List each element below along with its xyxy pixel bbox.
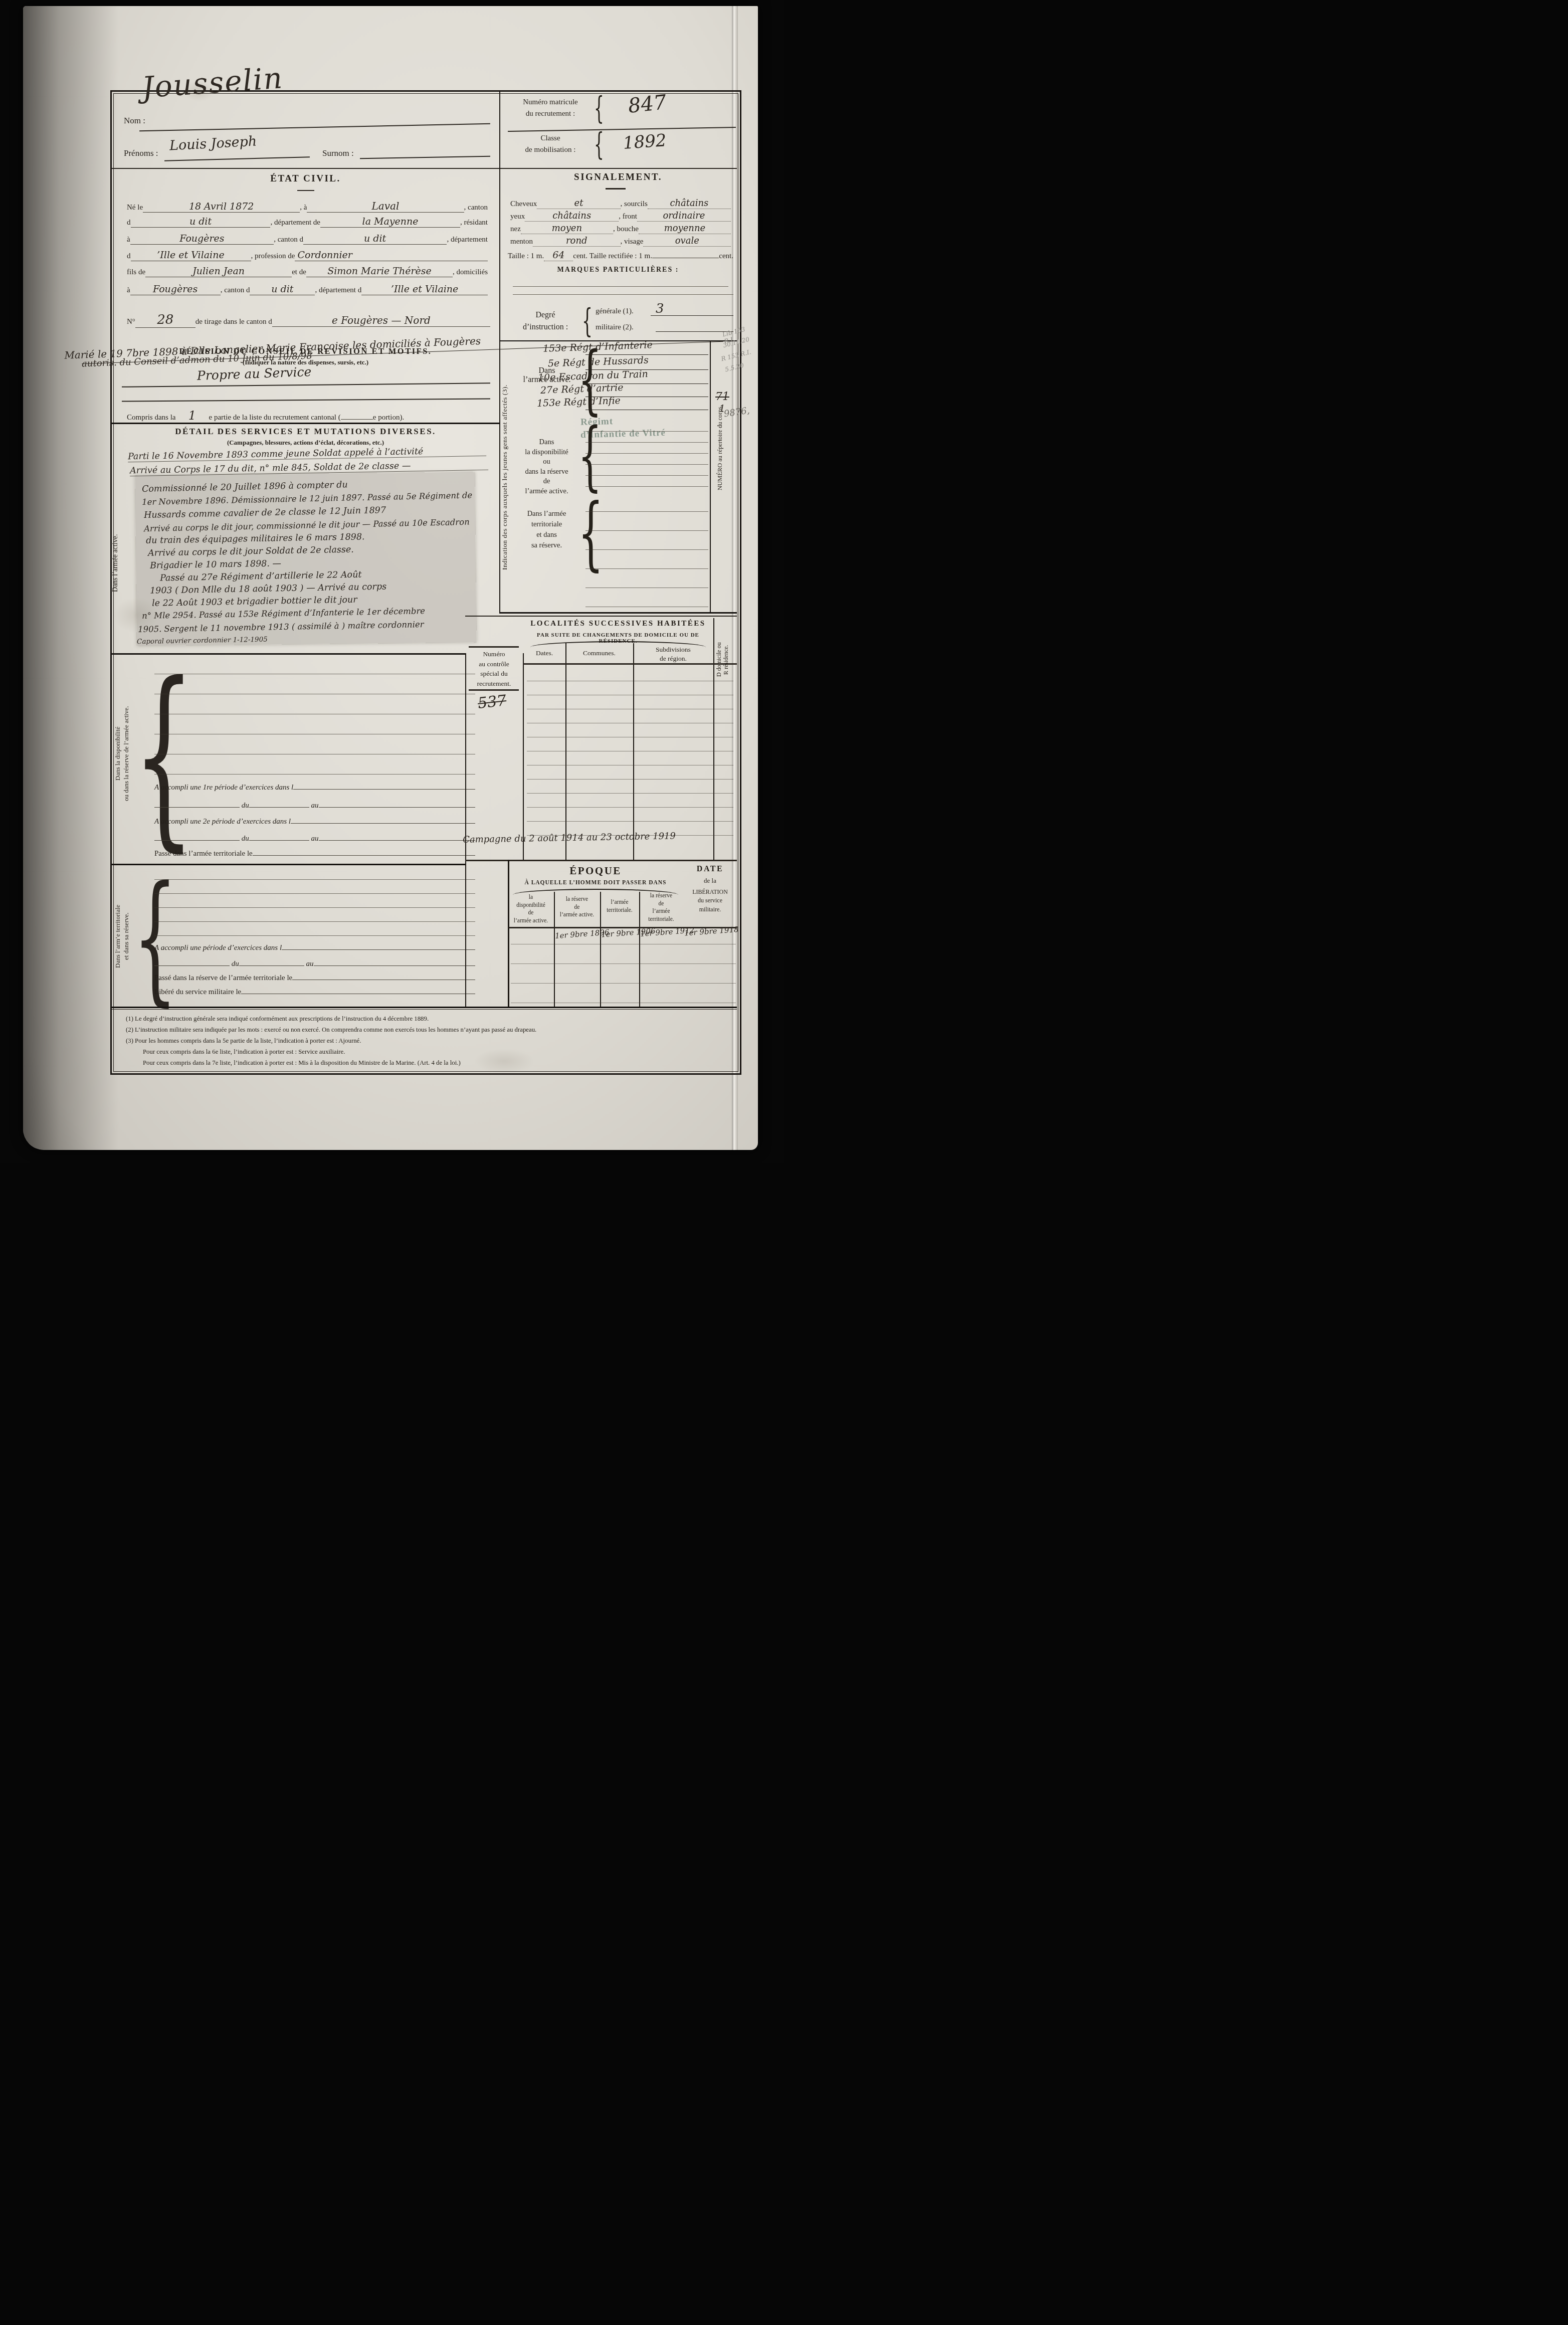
date-title: DATE — [683, 865, 737, 874]
liste-label3: e portion). — [373, 414, 404, 422]
nom-label: Nom : — [124, 116, 145, 126]
armee-active-side-label: Dans l’armée active. — [112, 513, 125, 613]
canton2-value: u dit — [303, 233, 447, 245]
periode1-label: A accompli une 1re période d’exercices d… — [154, 784, 293, 792]
binding-shadow — [23, 6, 118, 1150]
blank — [292, 980, 475, 980]
matricule-value: 847 — [627, 91, 668, 118]
profession-value: Cordonnier — [295, 250, 488, 261]
blank — [293, 789, 475, 790]
blank — [282, 949, 475, 950]
epoque-title: ÉPOQUE — [508, 865, 683, 877]
sourcils-value: châtains — [648, 198, 731, 209]
repertoire-crossed: 71 — [715, 391, 729, 403]
blank — [291, 823, 475, 824]
canton-value: u dit — [131, 216, 271, 228]
localites-title: LOCALITÉS SUCCESSIVES HABITÉES — [523, 620, 713, 628]
label: Taille rectifiée : 1 m. — [590, 252, 652, 261]
date-liberation: LIBÉRATION du service militaire. — [683, 888, 737, 914]
dispo-label: Dans la disponibilité ou dans la réserve… — [510, 438, 583, 496]
table-row-lines — [511, 925, 736, 1005]
yeux-value: châtains — [525, 211, 619, 222]
taille-rectifiee-blank — [652, 258, 719, 258]
departement2-value: ’Ille et Vilaine — [131, 250, 251, 261]
degre-label-1: Degré — [535, 311, 555, 319]
corps-entry: 153e Régt d’Infie — [537, 395, 621, 409]
canton3-value: u dit — [250, 284, 315, 295]
au-label: au — [311, 835, 319, 843]
militaire-label: militaire (2). — [596, 323, 634, 332]
label: d — [127, 252, 131, 261]
matricule-form: Nom : Jousselin Prénoms : Louis Joseph S… — [110, 90, 741, 1075]
epoque-col4: la réserve de l’armée territoriale. — [640, 892, 682, 923]
scanned-register-page: Nom : Jousselin Prénoms : Louis Joseph S… — [0, 0, 784, 1162]
classe-value: 1892 — [623, 130, 667, 153]
du-label: du — [232, 960, 239, 968]
terr-side-label: Dans l’arm’e territoriale et dans sa rés… — [114, 871, 131, 1002]
blank — [249, 807, 309, 808]
controle-label: Numéro au contrôle spécial du recrutemen… — [465, 649, 523, 688]
du-label: du — [242, 802, 249, 810]
label: , canton — [464, 204, 488, 212]
surnom-label: Surnom : — [322, 148, 354, 158]
label: Cheveux — [510, 200, 537, 209]
mother-name: Simon Marie Thérèse — [306, 266, 453, 277]
corps-entry: 27e Régt d’artrie — [540, 382, 624, 396]
brace-decoration: { — [594, 93, 604, 124]
label: , canton d — [274, 236, 303, 244]
libere-label: Libéré du service militaire le — [154, 988, 241, 997]
label: menton — [510, 238, 533, 246]
father-name: Julien Jean — [145, 266, 292, 277]
decision-title: DÉCISION DU CONSEIL DE REVISION ET MOTIF… — [112, 346, 499, 356]
epoque-subtitle: À LAQUELLE L’HOMME DOIT PASSER DANS — [508, 880, 683, 886]
decision-value: Propre au Service — [197, 364, 312, 383]
etat-civil-title: ÉTAT CIVIL. — [112, 173, 499, 184]
book-page: Nom : Jousselin Prénoms : Louis Joseph S… — [23, 6, 758, 1150]
label: , résidant — [460, 219, 488, 227]
nom-value: Jousselin — [141, 61, 284, 104]
departement-value: la Mayenne — [320, 216, 460, 228]
prenoms-value: Louis Joseph — [169, 133, 257, 153]
nez-value: moyen — [521, 223, 613, 234]
label: nez — [510, 225, 521, 234]
au-label: au — [311, 802, 319, 810]
label: , front — [619, 213, 637, 221]
blank — [319, 840, 476, 841]
blank — [319, 807, 476, 808]
epoque-col3: l’armée territoriale. — [601, 899, 638, 914]
blank — [154, 840, 240, 841]
corps-entry: 5e Régt de Hussards — [548, 355, 649, 369]
blank — [249, 840, 309, 841]
prenoms-label: Prénoms : — [124, 148, 158, 158]
label: , bouche — [613, 225, 639, 234]
label: d — [127, 219, 131, 227]
footnote-3: (3) Pour les hommes compris dans la 5e p… — [126, 1037, 722, 1045]
label: , sourcils — [621, 200, 648, 209]
domicile-value: Fougères — [130, 284, 221, 295]
epoque-col1: la disponibilité de l’armée active. — [509, 894, 553, 925]
label: , domiciliés — [453, 268, 488, 277]
table-row-lines — [527, 667, 733, 838]
cheveux-value: et — [537, 198, 620, 209]
birth-date: 18 Avril 1872 — [143, 201, 300, 213]
epoque-col2: la réserve de l’armée active. — [555, 896, 599, 919]
label: Né le — [127, 204, 143, 212]
label: et de — [292, 268, 306, 277]
tirage-no-label: N° — [127, 318, 135, 326]
campagne-note: Campagne du 2 août 1914 au 23 octobre 19… — [463, 831, 676, 845]
label: à — [127, 236, 130, 244]
front-value: ordinaire — [637, 211, 731, 222]
generale-value: 3 — [656, 301, 664, 316]
footnote-5: Pour ceux compris dans la 7e liste, l’in… — [143, 1059, 724, 1067]
blank — [154, 807, 240, 808]
label: fils de — [127, 268, 145, 277]
menton-value: rond — [533, 236, 621, 247]
brace-decoration: { — [582, 304, 593, 337]
label: , département de — [270, 219, 320, 227]
au-label: au — [306, 960, 314, 968]
date-sub: de la — [683, 877, 737, 885]
classe-label-line1: Classe — [540, 134, 560, 142]
label: , profession de — [251, 252, 295, 261]
col-subdivisions: Subdivisions de région. — [633, 645, 713, 663]
du-label: du — [242, 835, 249, 843]
label: Taille : 1 m. — [508, 252, 544, 261]
degre-label-2: d’instruction : — [523, 323, 568, 331]
liste-label2: e partie de la liste du recrutement cant… — [209, 414, 341, 422]
services-subtitle: (Campagnes, blessures, actions d’éclat, … — [112, 439, 499, 447]
birth-place: Laval — [307, 200, 464, 213]
visage-value: ovale — [643, 236, 731, 247]
tirage-text: de tirage dans le canton d — [195, 318, 272, 326]
footnote-1: (1) Le degré d’instruction générale sera… — [126, 1015, 722, 1023]
col-dates: Dates. — [524, 649, 565, 657]
footnote-4: Pour ceux compris dans la 6e liste, l’in… — [143, 1048, 724, 1056]
blank-lines — [585, 493, 708, 608]
marques-label: MARQUES PARTICULIÈRES : — [499, 266, 737, 274]
tirage-no-value: 28 — [135, 312, 195, 328]
label: cent. — [719, 252, 733, 261]
periode2-label: A accompli une 2e période d’exercices da… — [154, 818, 291, 826]
passe-reserve-label: Passé dans la réserve de l’armée territo… — [154, 974, 292, 983]
footnote-2: (2) L’instruction militaire sera indiqué… — [126, 1026, 727, 1034]
label: à — [127, 286, 130, 295]
classe-label-line2: de mobilisation : — [525, 146, 576, 154]
label: , visage — [621, 238, 644, 246]
bouche-value: moyenne — [639, 223, 731, 234]
dispo-side-label: Dans la disponibilité ou dans la réserve… — [114, 658, 131, 849]
liste-label: Compris dans la — [127, 414, 176, 422]
blank — [241, 994, 475, 994]
departement3-value: ’Ille et Vilaine — [361, 284, 488, 295]
portion-blank — [341, 419, 373, 420]
blank — [154, 965, 230, 966]
brace-decoration: { — [594, 129, 604, 160]
label: cent. — [573, 252, 587, 261]
signalement-title: SIGNALEMENT. — [499, 172, 737, 183]
controle-value: 537 — [477, 692, 507, 712]
residence-value: Fougères — [130, 233, 274, 245]
tirage-canton-value: e Fougères — Nord — [272, 314, 490, 327]
matricule-label-line2: du recrutement : — [526, 110, 575, 118]
services-title: DÉTAIL DES SERVICES ET MUTATIONS DIVERSE… — [112, 427, 499, 437]
repertoire-side-label: NUMÉRO au répertoire du corps. — [716, 342, 727, 553]
periode3-label: A accompli une période d’exercices dans … — [154, 944, 282, 952]
matricule-label-line1: Numéro matricule — [523, 98, 578, 106]
generale-label: générale (1). — [596, 307, 634, 316]
label: , département — [447, 236, 488, 244]
label: yeux — [510, 213, 525, 221]
blank — [314, 965, 476, 966]
blank — [253, 855, 475, 856]
taille-value: 64 — [544, 250, 573, 261]
terr-label: Dans l’armée territoriale et dans sa rés… — [510, 509, 583, 551]
blank-lines — [154, 654, 475, 774]
blank-lines — [585, 421, 708, 488]
label: , à — [300, 204, 307, 212]
blank — [239, 965, 304, 966]
label: , département d — [315, 286, 361, 295]
service-line: Parti le 16 Novembre 1893 comme jeune So… — [128, 446, 486, 462]
blank-lines — [154, 866, 475, 936]
label: , canton d — [221, 286, 250, 295]
col-communes: Communes. — [565, 649, 633, 657]
liste-value: 1 — [176, 409, 209, 423]
